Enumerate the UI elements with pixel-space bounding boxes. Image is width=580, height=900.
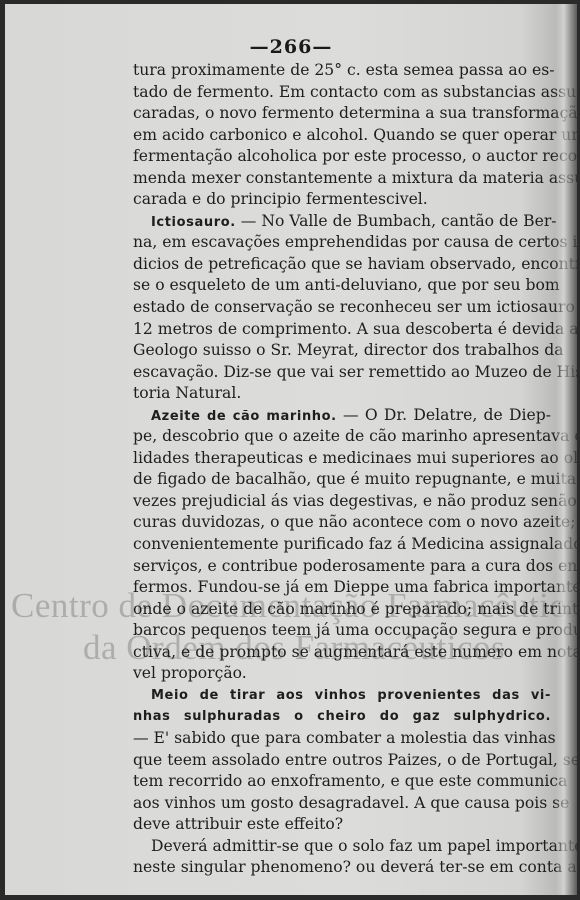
em-dash: — [236,212,262,230]
section-azeite-first-line: Azeite de cão marinho. — O Dr. Delatre, … [133,405,551,427]
text-line: O Dr. Delatre, de Diep- [365,406,551,424]
text-line: carada e do principio fermentescivel. [133,189,551,211]
section-heading-vinhos-line-2: nhas sulphuradas o cheiro do gaz sulphyd… [133,706,551,728]
text-line: tura proximamente de 25° c. esta semea p… [133,60,551,82]
text-line: fermos. Fundou-se já em Dieppe uma fabri… [133,577,551,599]
text-line: lidades therapeuticas e medicinaes mui s… [133,448,551,470]
text-line: fermentação alcoholica por este processo… [133,146,551,168]
text-line: dicios de petreficação que se haviam obs… [133,254,551,276]
section-heading-azeite: Azeite de cão marinho. [151,409,337,424]
text-line: que teem assolado entre outros Paizes, o… [133,750,551,772]
em-dash: — [337,406,365,424]
text-line: Deverá admittir-se que o solo faz um pap… [133,836,551,858]
text-line: na, em escavações emprehendidas por caus… [133,232,551,254]
text-line: deve attribuir este effeito? [133,814,551,836]
text-line: estado de conservação se reconheceu ser … [133,297,551,319]
text-line: toria Natural. [133,383,551,405]
text-line: tado de fermento. Em contacto com as sub… [133,82,551,104]
text-line: vel proporção. [133,663,551,685]
text-line: ctiva, e de prompto se augmentará este n… [133,642,551,664]
text-line: convenientemente purificado faz á Medici… [133,534,551,556]
section-heading-ictiosauro: Ictiosauro. [151,215,236,230]
text-line: em acido carbonico e alcohol. Quando se … [133,125,551,147]
text-line: pe, descobrio que o azeite de cão marinh… [133,426,551,448]
book-page: Centro de Documentação Farmacêutica da O… [5,4,577,895]
text-line: neste singular phenomeno? ou deverá ter-… [133,857,551,879]
section-heading-vinhos-line-1: Meio de tirar aos vinhos provenientes da… [133,685,551,707]
text-line: aos vinhos um gosto desagradavel. A que … [133,793,551,815]
text-line: menda mexer constantemente a mixtura da … [133,168,551,190]
page-body: tura proximamente de 25° c. esta semea p… [133,60,551,879]
text-line: Geologo suisso o Sr. Meyrat, director do… [133,340,551,362]
text-line: caradas, o novo fermento determina a sua… [133,103,551,125]
text-line: barcos pequenos teem já uma occupação se… [133,620,551,642]
text-line: onde o azeite de cão marinho é preparado… [133,599,551,621]
text-line: de figado de bacalhão, que é muito repug… [133,469,551,491]
text-line: se o esqueleto de um anti-deluviano, que… [133,275,551,297]
text-line: vezes prejudicial ás vias degestivas, e … [133,491,551,513]
text-line: curas duvidozas, o que não acontece com … [133,512,551,534]
text-line: 12 metros de comprimento. A sua descober… [133,319,551,341]
section-ictiosauro-first-line: Ictiosauro. — No Valle de Bumbach, cantã… [133,211,551,233]
text-line: escavação. Diz-se que vai ser remettido … [133,362,551,384]
text-line: serviços, e contribue poderosamente para… [133,556,551,578]
page-number: —266— [5,36,577,58]
text-line: — E' sabido que para combater a molestia… [133,728,551,750]
text-line: No Valle de Bumbach, cantão de Ber- [261,212,556,230]
text-line: tem recorrido ao enxoframento, e que est… [133,771,551,793]
